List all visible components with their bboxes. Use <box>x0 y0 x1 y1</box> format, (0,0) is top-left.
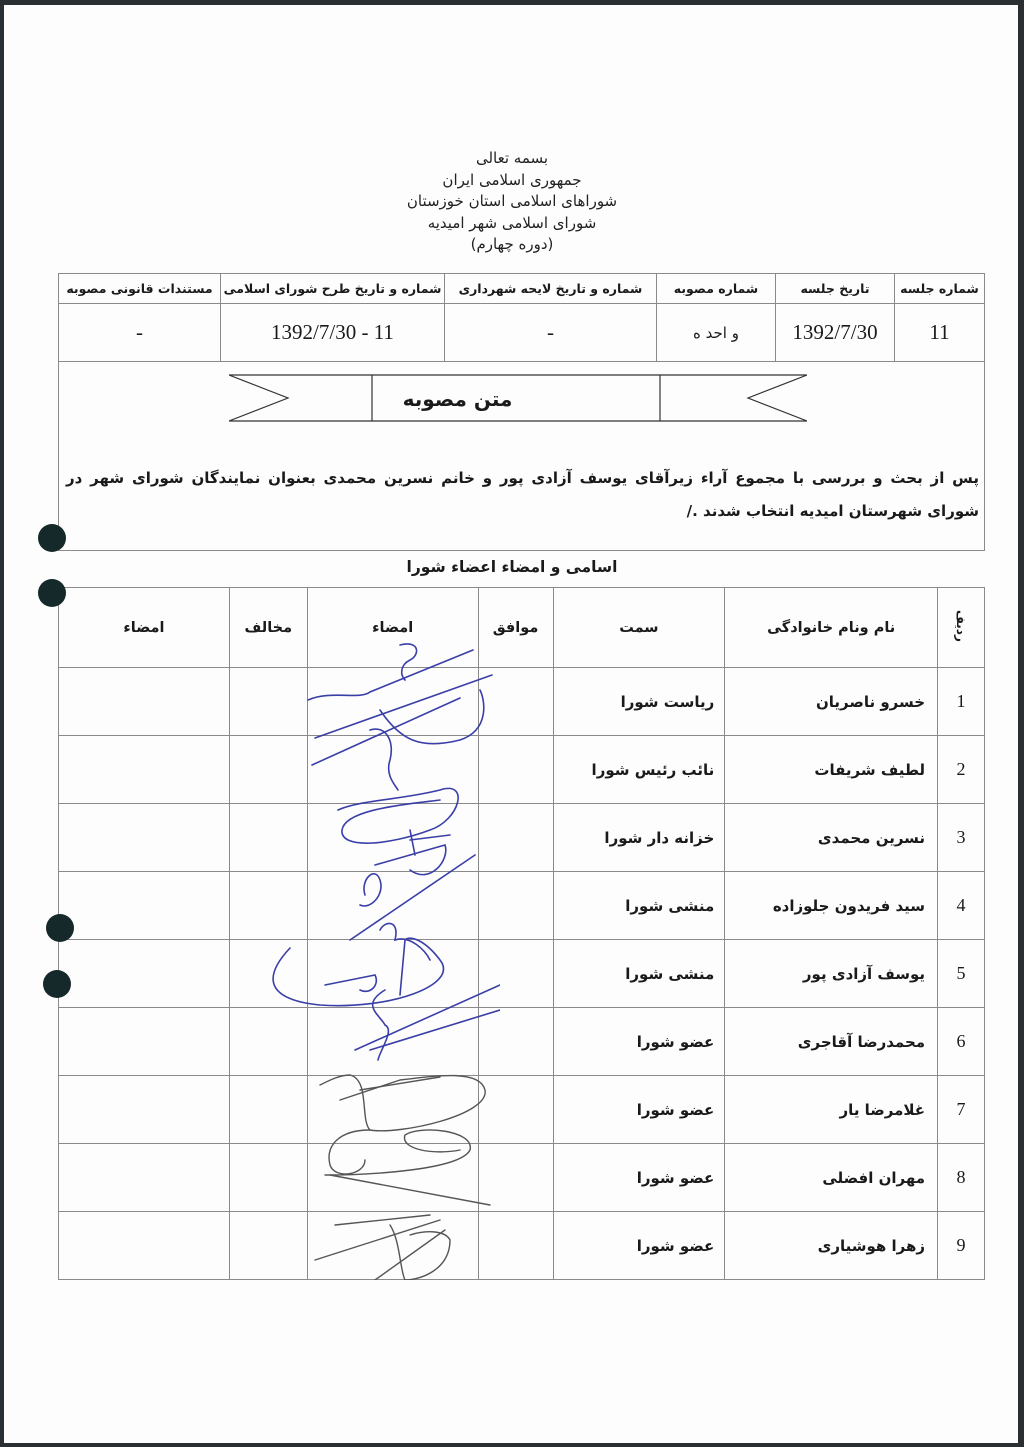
member-number: 6 <box>938 1008 985 1076</box>
letterhead-line: شورای اسلامی شهر امیدیه <box>0 213 1024 235</box>
member-name: یوسف آزادی پور <box>725 940 938 1008</box>
member-role: نائب رئیس شورا <box>553 736 725 804</box>
member-role: عضو شورا <box>553 1212 725 1280</box>
member-role: خزانه دار شورا <box>553 804 725 872</box>
member-role: ریاست شورا <box>553 668 725 736</box>
oppose-signature-cell <box>59 1008 230 1076</box>
municipal-bill: - <box>445 304 657 362</box>
header-legal-basis: مستندات قانونی مصوبه <box>59 274 221 304</box>
oppose-signature-cell <box>59 804 230 872</box>
member-number: 1 <box>938 668 985 736</box>
header-name: نام ونام خانوادگی <box>725 588 938 668</box>
oppose-signature-cell <box>59 872 230 940</box>
letterhead-line: بسمه تعالی <box>0 148 1024 170</box>
punch-hole-icon <box>43 970 71 998</box>
punch-hole-icon <box>38 579 66 607</box>
member-name: سید فریدون جلوزاده <box>725 872 938 940</box>
member-number: 8 <box>938 1144 985 1212</box>
session-info-table: شماره جلسه تاریخ جلسه شماره مصوبه شماره … <box>58 273 985 362</box>
member-role: عضو شورا <box>553 1076 725 1144</box>
header-council-plan: شماره و تاریخ طرح شورای اسلامی <box>221 274 445 304</box>
oppose-signature-cell <box>59 668 230 736</box>
member-role: منشی شورا <box>553 872 725 940</box>
member-number: 7 <box>938 1076 985 1144</box>
member-row: 4سید فریدون جلوزادهمنشی شورا <box>59 872 985 940</box>
header-session-date: تاریخ جلسه <box>776 274 895 304</box>
oppose-signature-cell <box>59 1076 230 1144</box>
member-name: نسرین محمدی <box>725 804 938 872</box>
session-number: 11 <box>895 304 985 362</box>
header-row-number: ردیف <box>938 588 985 668</box>
resolution-number: و احد ه <box>657 304 776 362</box>
member-role: منشی شورا <box>553 940 725 1008</box>
member-row: 6محمدرضا آقاجریعضو شورا <box>59 1008 985 1076</box>
oppose-signature-cell <box>59 940 230 1008</box>
members-header-row: ردیف نام ونام خانوادگی سمت موافق امضاء م… <box>59 588 985 668</box>
member-name: لطیف شریفات <box>725 736 938 804</box>
header-resolution-number: شماره مصوبه <box>657 274 776 304</box>
session-date: 1392/7/30 <box>776 304 895 362</box>
resolution-title: متن مصوبه <box>313 376 602 422</box>
member-row: 7غلامرضا یارعضو شورا <box>59 1076 985 1144</box>
header-oppose-signature: امضاء <box>59 588 230 668</box>
legal-basis: - <box>59 304 221 362</box>
header-session-number: شماره جلسه <box>895 274 985 304</box>
letterhead-line: (دوره چهارم) <box>0 234 1024 256</box>
header-municipal-bill: شماره و تاریخ لایحه شهرداری <box>445 274 657 304</box>
session-info-value-row: 11 1392/7/30 و احد ه - 1392/7/30 - 11 - <box>59 304 985 362</box>
members-title: اسامی و امضاء اعضاء شورا <box>0 558 1024 576</box>
member-row: 2لطیف شریفاتنائب رئیس شورا <box>59 736 985 804</box>
members-table: ردیف نام ونام خانوادگی سمت موافق امضاء م… <box>58 587 985 1280</box>
resolution-text: پس از بحث و بررسی با مجموع آراء زیرآقای … <box>66 462 979 528</box>
member-row: 9زهرا هوشیاریعضو شورا <box>59 1212 985 1280</box>
member-role: عضو شورا <box>553 1144 725 1212</box>
member-name: مهران افضلی <box>725 1144 938 1212</box>
member-name: خسرو ناصریان <box>725 668 938 736</box>
member-number: 5 <box>938 940 985 1008</box>
member-number: 3 <box>938 804 985 872</box>
oppose-signature-cell <box>59 736 230 804</box>
oppose-signature-cell <box>59 1144 230 1212</box>
member-role: عضو شورا <box>553 1008 725 1076</box>
member-number: 2 <box>938 736 985 804</box>
header-role: سمت <box>553 588 725 668</box>
letterhead-line: شوراهای اسلامی استان خوزستان <box>0 191 1024 213</box>
punch-hole-icon <box>38 524 66 552</box>
member-number: 9 <box>938 1212 985 1280</box>
member-number: 4 <box>938 872 985 940</box>
member-row: 1خسرو ناصریانریاست شورا <box>59 668 985 736</box>
handwritten-signatures-icon <box>260 630 500 1280</box>
member-name: زهرا هوشیاری <box>725 1212 938 1280</box>
punch-hole-icon <box>46 914 74 942</box>
member-name: محمدرضا آقاجری <box>725 1008 938 1076</box>
council-plan: 1392/7/30 - 11 <box>221 304 445 362</box>
member-row: 8مهران افضلیعضو شورا <box>59 1144 985 1212</box>
oppose-signature-cell <box>59 1212 230 1280</box>
member-name: غلامرضا یار <box>725 1076 938 1144</box>
member-row: 3نسرین محمدیخزانه دار شورا <box>59 804 985 872</box>
member-row: 5یوسف آزادی پورمنشی شورا <box>59 940 985 1008</box>
letterhead-line: جمهوری اسلامی ایران <box>0 170 1024 192</box>
session-info-header-row: شماره جلسه تاریخ جلسه شماره مصوبه شماره … <box>59 274 985 304</box>
letterhead: بسمه تعالی جمهوری اسلامی ایران شوراهای ا… <box>0 148 1024 256</box>
